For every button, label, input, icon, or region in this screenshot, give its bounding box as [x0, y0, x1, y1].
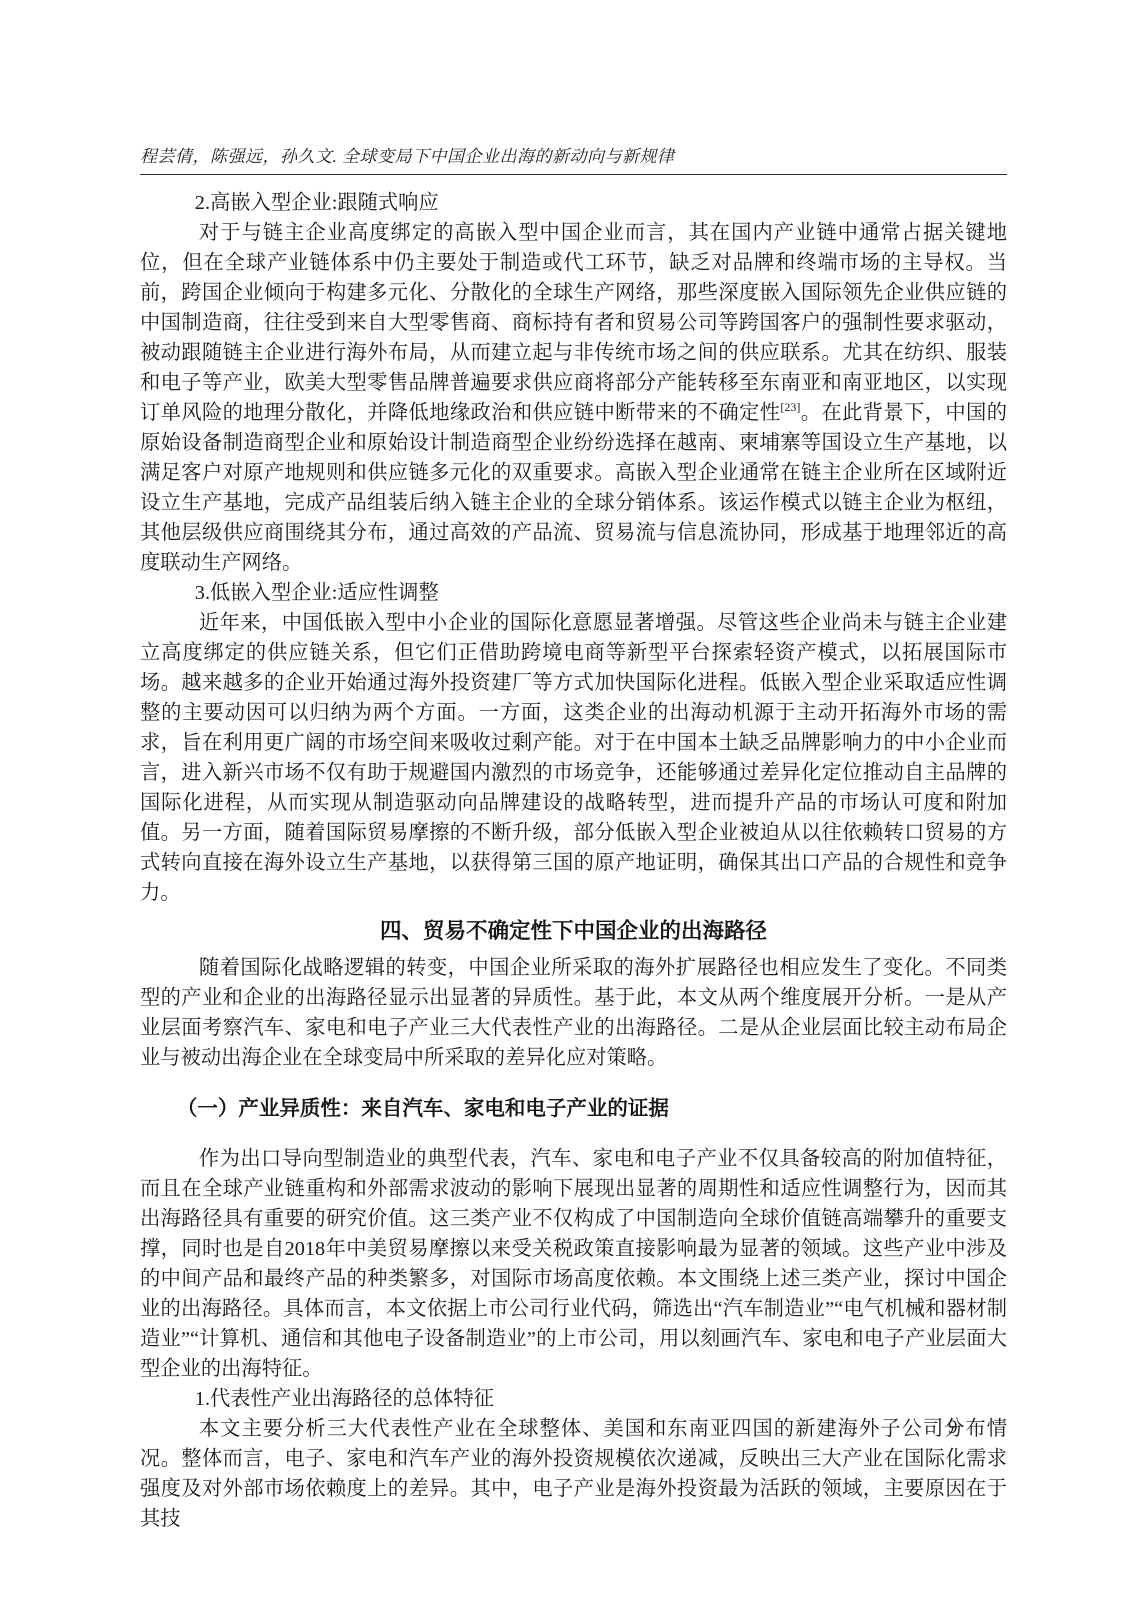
para-industry-evidence: 作为出口导向型制造业的典型代表，汽车、家电和电子产业不仅具备较高的附加值特征，而…	[140, 1144, 1007, 1384]
para-high-embedded-firms: 对于与链主企业高度绑定的高嵌入型中国企业而言，其在国内产业链中通常占据关键地位，…	[140, 218, 1007, 578]
para-section-4-intro: 随着国际化战略逻辑的转变，中国企业所采取的海外扩展路径也相应发生了变化。不同类型…	[140, 953, 1007, 1073]
para-high-embedded-text-after-citation: 。在此背景下，中国的原始设备制造商型企业和原始设计制造商型企业纷纷选择在越南、柬…	[140, 402, 1007, 574]
section-4-title: 四、贸易不确定性下中国企业的出海路径	[140, 915, 1007, 947]
citation-ref-23: [23]	[780, 400, 800, 414]
para-high-embedded-text-before-citation: 对于与链主企业高度绑定的高嵌入型中国企业而言，其在国内产业链中通常占据关键地位，…	[140, 222, 1007, 424]
heading-overall-features: 1.代表性产业出海路径的总体特征	[140, 1384, 1007, 1414]
body-text: 2.高嵌入型企业:跟随式响应 对于与链主企业高度绑定的高嵌入型中国企业而言，其在…	[140, 188, 1007, 1534]
page-content: 程芸倩，陈强远，孙久文. 全球变局下中国企业出海的新动向与新规律 2.高嵌入型企…	[140, 147, 1007, 1534]
para-overall-features: 本文主要分析三大代表性产业在全球整体、美国和东南亚四国的新建海外子公司分布情况。…	[140, 1414, 1007, 1534]
running-header: 程芸倩，陈强远，孙久文. 全球变局下中国企业出海的新动向与新规律	[140, 147, 1007, 167]
paper-page: 程芸倩，陈强远，孙久文. 全球变局下中国企业出海的新动向与新规律 2.高嵌入型企…	[0, 0, 1140, 1600]
header-rule	[140, 174, 1007, 175]
subheading-industry-heterogeneity: （一）产业异质性：来自汽车、家电和电子产业的证据	[140, 1094, 1007, 1124]
heading-low-embedded-firms: 3.低嵌入型企业:适应性调整	[140, 578, 1007, 608]
para-low-embedded-firms: 近年来，中国低嵌入型中小企业的国际化意愿显著增强。尽管这些企业尚未与链主企业建立…	[140, 608, 1007, 908]
page-number: 9	[948, 1416, 958, 1440]
heading-high-embedded-firms: 2.高嵌入型企业:跟随式响应	[140, 188, 1007, 218]
